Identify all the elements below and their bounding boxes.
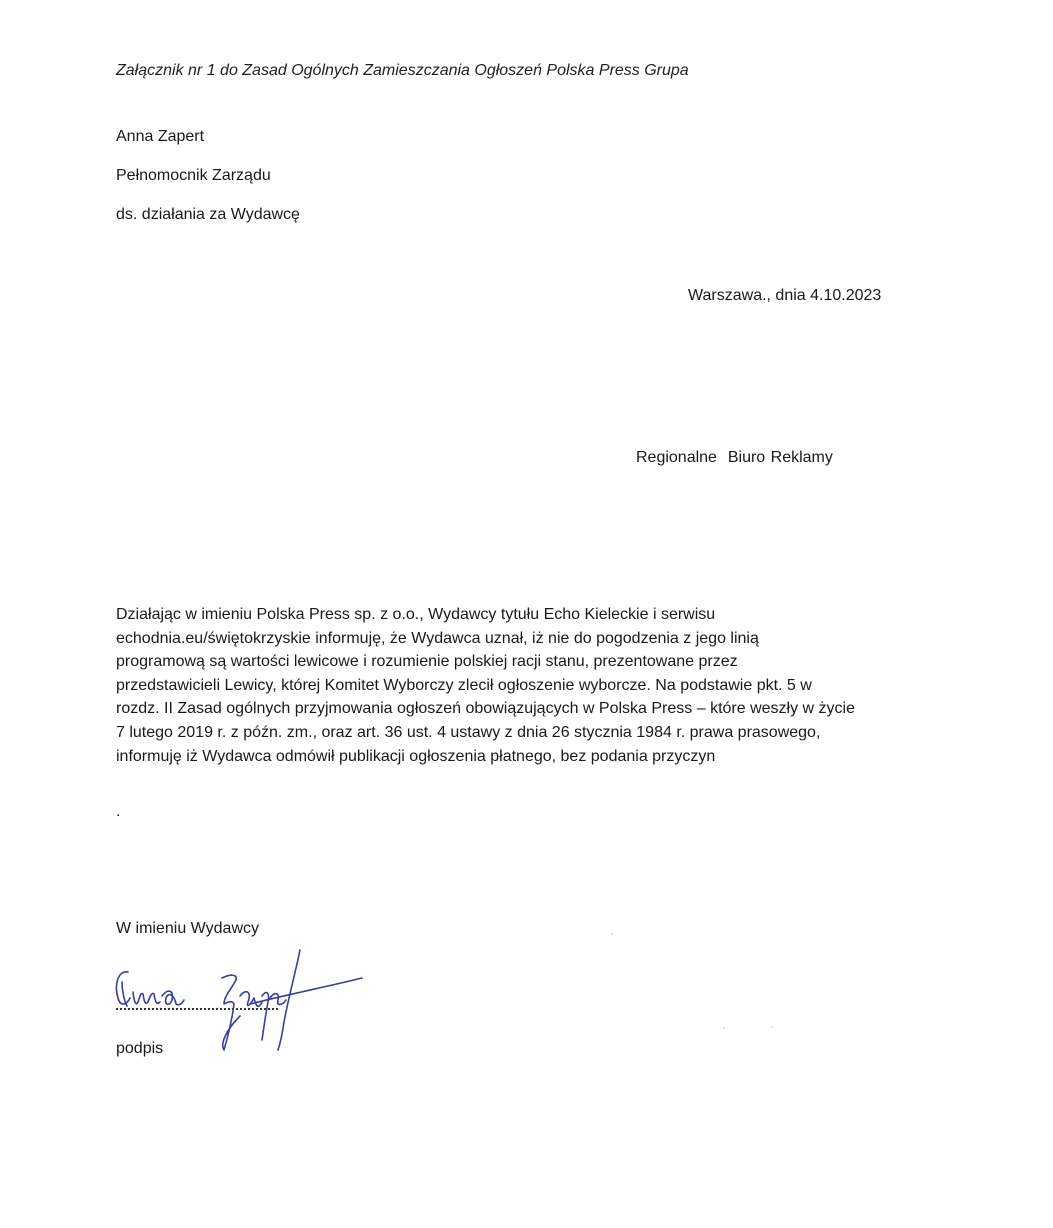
sender-title: Pełnomocnik Zarządu [116, 167, 271, 185]
body-line: programową są wartości lewicowe i rozumi… [116, 650, 916, 674]
sender-role: ds. działania za Wydawcę [116, 206, 300, 224]
closing-line: W imieniu Wydawcy [116, 920, 259, 938]
stray-mark: . [116, 803, 120, 821]
sender-name: Anna Zapert [116, 128, 204, 146]
scan-speck [723, 1027, 725, 1029]
scan-speck [771, 1026, 773, 1028]
body-line: rozdz. II Zasad ogólnych przyjmowania og… [116, 697, 916, 721]
body-line: przedstawicieli Lewicy, której Komitet W… [116, 674, 916, 698]
body-paragraph: Działając w imieniu Polska Press sp. z o… [116, 603, 916, 768]
signature-label: podpis [116, 1040, 163, 1058]
body-line: echodnia.eu/świętokrzyskie informuję, że… [116, 627, 916, 651]
place-and-date: Warszawa., dnia 4.10.2023 [688, 287, 881, 305]
scan-speck [611, 933, 613, 935]
attachment-header: Załącznik nr 1 do Zasad Ogólnych Zamiesz… [116, 62, 689, 80]
body-line: informuję iż Wydawca odmówił publikacji … [116, 745, 916, 769]
body-line: Działając w imieniu Polska Press sp. z o… [116, 603, 916, 627]
recipient: Regionalne Biuro Reklamy [636, 449, 833, 467]
body-line: 7 lutego 2019 r. z późn. zm., oraz art. … [116, 721, 916, 745]
